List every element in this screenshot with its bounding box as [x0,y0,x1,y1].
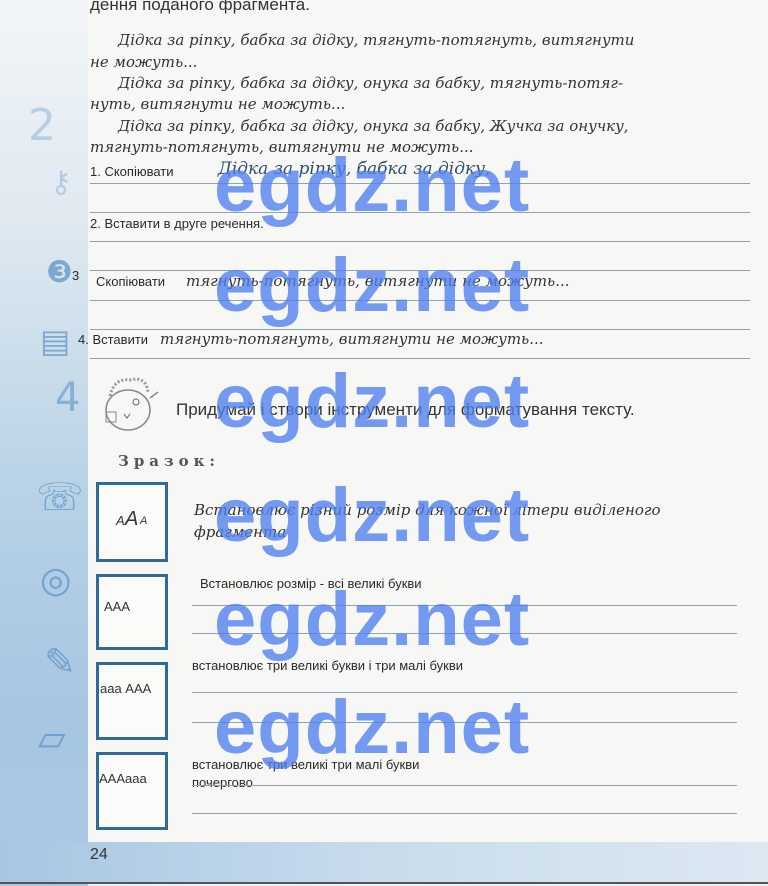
bottom-divider [0,882,768,884]
sample-4-box-text: AAAaaa [99,771,147,786]
workbook-page: 2 ⚷ ❸ ▤ 4 ☏ ◎ ✎ ▱ дення поданого фрагмен… [0,0,768,886]
laptop-icon: ▱ [38,718,66,759]
sample-box-2: AAA [96,574,168,650]
watermark-egdz: egdz.net [214,148,530,224]
watermark-egdz: egdz.net [214,364,530,440]
sample-1-small-letter: A [116,513,125,528]
sample-1-small-letter: A [140,515,147,527]
task-3-number: 3 [72,268,79,283]
paragraph-1-line-2: не можуть... [90,53,197,71]
paragraph-1-line-1: Дідка за ріпку, бабка за дідку, тягнуть-… [118,31,634,49]
sample-box-1: A A A [96,482,168,562]
writing-line [192,785,737,786]
sample-4-description-cont: почергово [192,775,253,790]
watermark-egdz: egdz.net [214,478,530,554]
task-4-answer: тягнуть-потягнуть, витягнути не можуть..… [160,330,544,348]
watermark-egdz: egdz.net [214,582,530,658]
pen-icon: ✎ [44,640,76,684]
watermark-egdz: egdz.net [214,248,530,324]
task-3-label: Скопіювати [96,274,165,289]
bottom-band [0,842,768,882]
sample-1-big-letter: A [125,508,138,531]
task-4-label: 4. Вставити [78,332,148,347]
task-1-label: 1. Скопіювати [90,164,174,179]
cartoon-character [92,368,162,438]
digit-4-icon: 4 [55,375,80,421]
sample-box-4: AAAaaa [96,752,168,830]
sample-2-box-text: AAA [104,599,130,614]
page-number: 24 [90,846,108,864]
sample-box-3: ааа ААА [96,662,168,740]
writing-line [90,241,750,242]
paragraph-3-line-1: Дідка за ріпку, бабка за дідку, онука за… [118,117,629,135]
paragraph-2-line-1: Дідка за ріпку, бабка за дідку, онука за… [118,74,623,92]
watermark-egdz: egdz.net [214,690,530,766]
phone-icon: ☏ [36,475,84,519]
writing-line [192,813,737,814]
key-icon: ⚷ [50,165,72,200]
digit-2-icon: 2 [28,100,56,151]
intro-text: дення поданого фрагмента. [90,0,310,15]
digit-3-icon: ❸ [46,255,73,290]
books-icon: ▤ [40,322,70,360]
camera-icon: ◎ [40,560,71,601]
sample-3-box-text: ааа ААА [100,681,151,696]
paragraph-2-line-2: нуть, витягнути не можуть... [90,95,345,113]
sample-label: Зразок: [118,452,220,470]
